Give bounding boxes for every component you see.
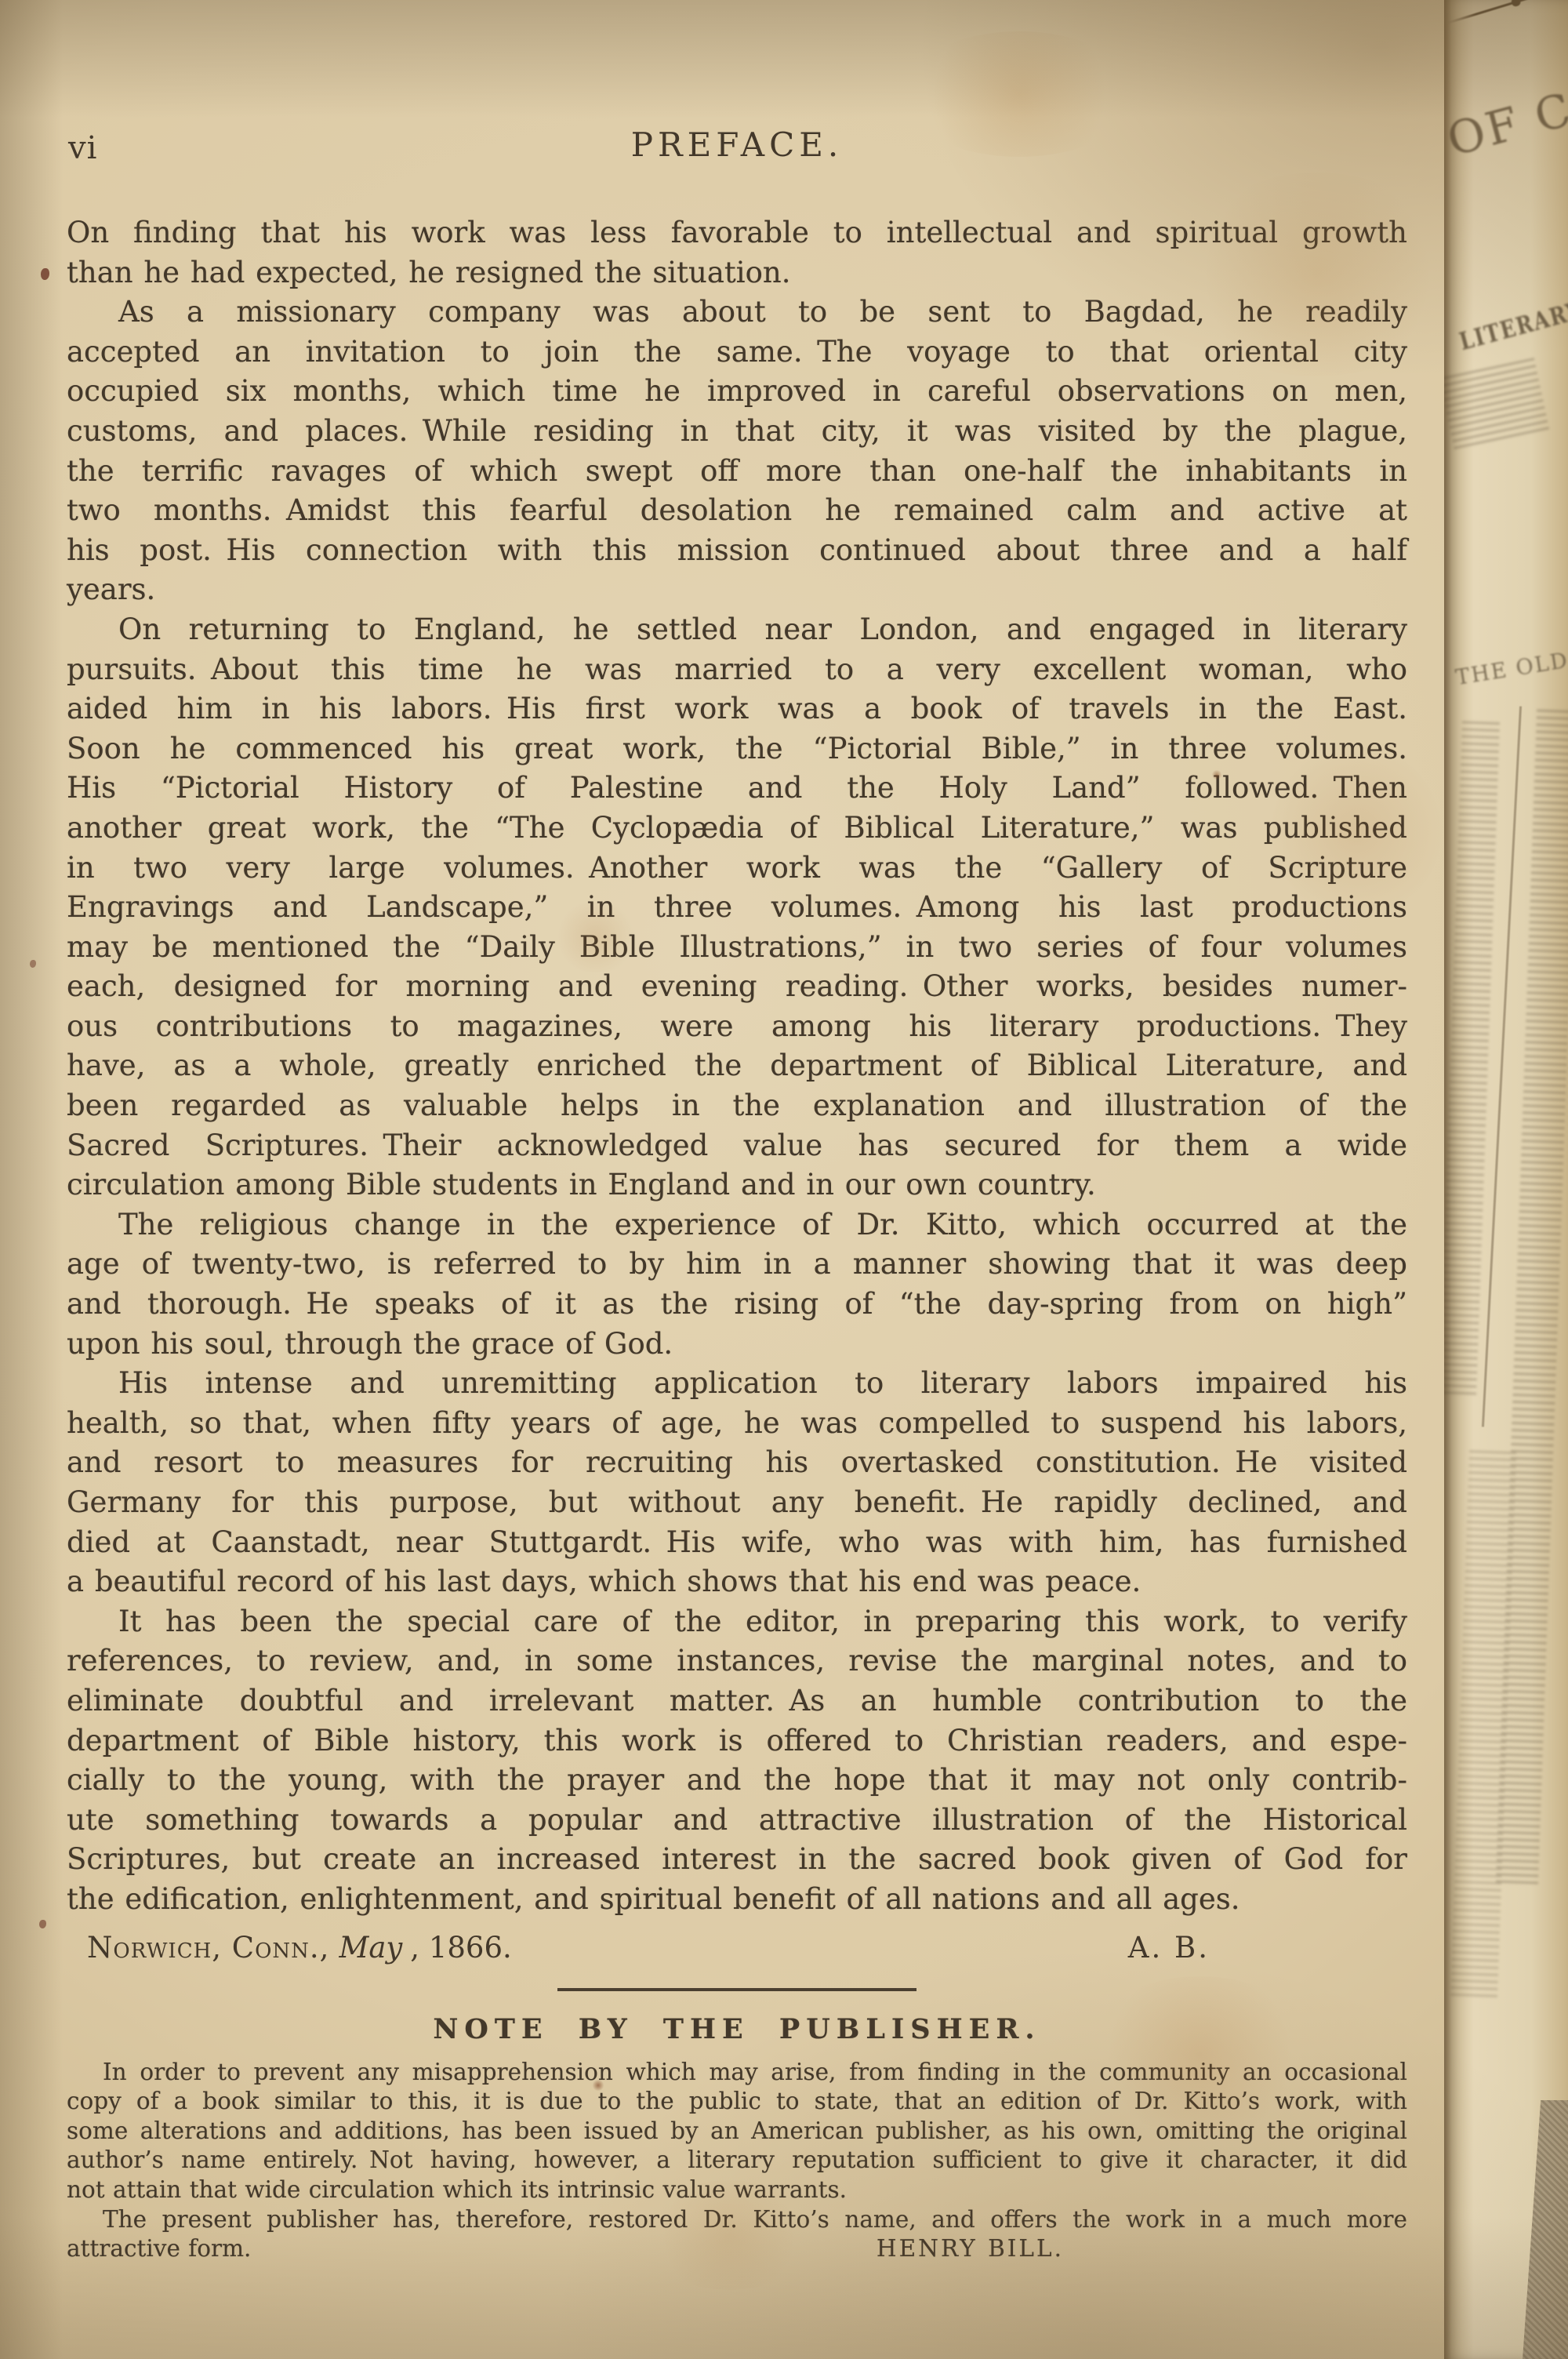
note-line: not attain that wide circulation which i…: [67, 2175, 1407, 2205]
ornament-rule: [1447, 0, 1568, 24]
preface-line: and resort to measures for recruiting hi…: [67, 1443, 1407, 1483]
adjacent-page-strip: OF CO LITERARY THE OLD: [1444, 0, 1568, 2359]
preface-line: accepted an invitation to join the same.…: [67, 333, 1407, 373]
preface-line: the terrific ravages of which swept off …: [67, 452, 1407, 492]
preface-line: his post. His connection with this missi…: [67, 531, 1407, 571]
preface-line: two months. Amidst this fearful desolati…: [67, 491, 1407, 531]
preface-line: On finding that his work was less favora…: [67, 213, 1407, 253]
preface-line: His “Pictorial History of Palestine and …: [67, 769, 1407, 809]
signature-place: Norwich, Conn.,: [87, 1931, 329, 1965]
preface-line: years.: [67, 570, 1407, 610]
preface-line: been regarded as valuable helps in the e…: [67, 1086, 1407, 1126]
running-title: PREFACE.: [67, 125, 1407, 164]
preface-line: another great work, the “The Cyclopædia …: [67, 809, 1407, 849]
preface-line: ute something towards a popular and attr…: [67, 1801, 1407, 1841]
preface-line: It has been the special care of the edit…: [67, 1602, 1407, 1642]
preface-line: may be mentioned the “Daily Bible Illust…: [67, 928, 1407, 968]
preface-line: each, designed for morning and evening r…: [67, 967, 1407, 1007]
divider-rule: [557, 1988, 916, 1991]
signature-initials: A. B.: [1128, 1931, 1210, 1965]
publisher-note-heading: NOTE BY THE PUBLISHER.: [67, 2013, 1407, 2045]
note-line: The present publisher has, therefore, re…: [67, 2205, 1407, 2235]
publisher-note-body: In order to prevent any misapprehension …: [67, 2058, 1407, 2264]
book-page-scan: { "page": { "page_number": "vi", "runnin…: [0, 0, 1568, 2359]
preface-line: and thorough. He speaks of it as the ris…: [67, 1285, 1407, 1325]
blurred-text-column: [1444, 721, 1500, 1396]
publisher-signature: HENRY BILL.: [877, 2234, 1064, 2264]
preface-line: department of Bible history, this work i…: [67, 1721, 1407, 1761]
blurred-text-column: [1450, 1450, 1516, 2001]
preface-line: circulation among Bible students in Engl…: [67, 1165, 1407, 1205]
preface-line: occupied six months, which time he impro…: [67, 372, 1407, 412]
preface-line: than he had expected, he resigned the si…: [67, 253, 1407, 293]
preface-line: health, so that, when fifty years of age…: [67, 1404, 1407, 1444]
preface-line: aided him in his labors. His first work …: [67, 689, 1407, 729]
printed-page: vi PREFACE. On finding that his work was…: [67, 125, 1407, 2264]
preface-line: The religious change in the experience o…: [67, 1205, 1407, 1245]
preface-line: Sacred Scriptures. Their acknowledged va…: [67, 1126, 1407, 1166]
signature-month: May: [339, 1931, 402, 1965]
preface-line: His intense and unremitting application …: [67, 1364, 1407, 1404]
adjacent-page-fragment-literary: LITERARY: [1457, 296, 1568, 356]
book-cloth-corner: [1523, 2100, 1568, 2359]
preface-line: Germany for this purpose, but without an…: [67, 1483, 1407, 1523]
signature-year: , 1866.: [410, 1931, 511, 1965]
preface-line: the edification, enlightenment, and spir…: [67, 1880, 1407, 1920]
preface-line: eliminate doubtful and irrelevant matter…: [67, 1681, 1407, 1721]
preface-line: On returning to England, he settled near…: [67, 610, 1407, 650]
note-line: attractive form.: [67, 2234, 251, 2264]
preface-line: age of twenty-two, is referred to by him…: [67, 1245, 1407, 1285]
adjacent-page-fragment-of-co: OF CO: [1444, 72, 1568, 167]
preface-line: As a missionary company was about to be …: [67, 293, 1407, 333]
note-line: copy of a book similar to this, it is du…: [67, 2087, 1407, 2117]
note-line: author’s name entirely. Not having, howe…: [67, 2146, 1407, 2175]
preface-line: ous contributions to magazines, were amo…: [67, 1007, 1407, 1047]
signature-row: Norwich, Conn., May , 1866. A. B.: [67, 1931, 1407, 1965]
note-line: In order to prevent any misapprehension …: [67, 2058, 1407, 2088]
preface-line: customs, and places. While residing in t…: [67, 412, 1407, 452]
preface-line: Scriptures, but create an increased inte…: [67, 1840, 1407, 1880]
note-final-row: attractive form. HENRY BILL.: [67, 2234, 1407, 2264]
preface-line: Engravings and Landscape,” in three volu…: [67, 888, 1407, 928]
preface-line: pursuits. About this time he was married…: [67, 650, 1407, 690]
preface-body: On finding that his work was less favora…: [67, 213, 1407, 1920]
blurred-text-block: [1444, 358, 1550, 451]
preface-line: references, to review, and, in some inst…: [67, 1641, 1407, 1681]
preface-line: in two very large volumes. Another work …: [67, 849, 1407, 889]
adjacent-page-fragment-the-old: THE OLD: [1454, 649, 1568, 690]
note-line: some alterations and additions, has been…: [67, 2117, 1407, 2146]
preface-line: upon his soul, through the grace of God.: [67, 1325, 1407, 1365]
preface-line: have, as a whole, greatly enriched the d…: [67, 1046, 1407, 1086]
page-header: vi PREFACE.: [67, 125, 1407, 168]
preface-line: died at Caanstadt, near Stuttgardt. His …: [67, 1523, 1407, 1563]
preface-line: Soon he commenced his great work, the “P…: [67, 729, 1407, 769]
preface-line: cially to the young, with the prayer and…: [67, 1761, 1407, 1801]
preface-line: a beautiful record of his last days, whi…: [67, 1562, 1407, 1602]
